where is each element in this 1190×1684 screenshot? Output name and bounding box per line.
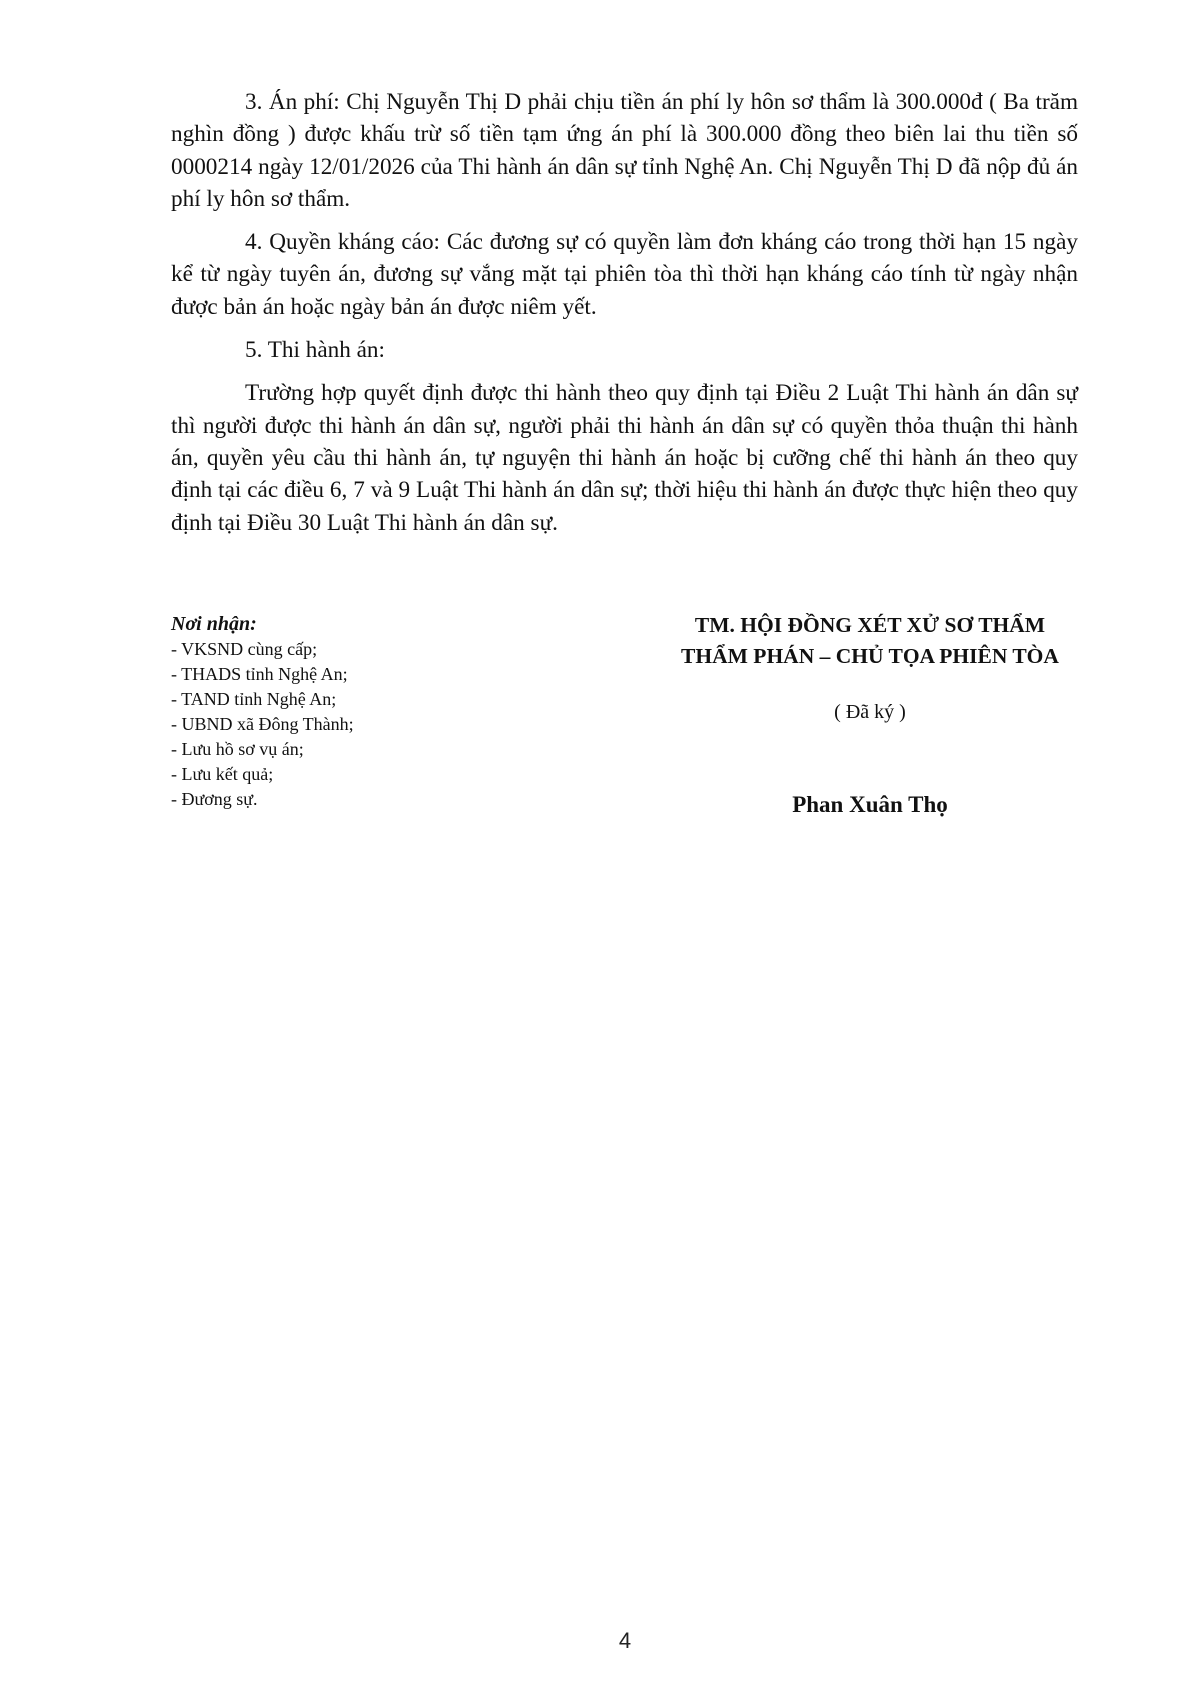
recipient-item: - THADS tỉnh Nghệ An; xyxy=(171,662,354,687)
recipients-block: Nơi nhận: - VKSND cùng cấp; - THADS tỉnh… xyxy=(171,612,354,812)
recipient-item: - Lưu kết quả; xyxy=(171,762,354,787)
recipient-item: - Lưu hồ sơ vụ án; xyxy=(171,737,354,762)
recipient-item: - UBND xã Đông Thành; xyxy=(171,712,354,737)
signature-signed-note: ( Đã ký ) xyxy=(620,697,1120,727)
recipient-item: - TAND tỉnh Nghệ An; xyxy=(171,687,354,712)
signature-judge-name: Phan Xuân Thọ xyxy=(620,789,1120,821)
recipient-item: - VKSND cùng cấp; xyxy=(171,637,354,662)
signature-judge-title: THẨM PHÁN – CHỦ TỌA PHIÊN TÒA xyxy=(620,641,1120,672)
paragraph-appeal-right: 4. Quyền kháng cáo: Các đương sự có quyề… xyxy=(171,226,1078,323)
signature-block: TM. HỘI ĐỒNG XÉT XỬ SƠ THẨM THẨM PHÁN – … xyxy=(620,610,1120,821)
recipient-item: - Đương sự. xyxy=(171,787,354,812)
paragraph-enforcement-heading: 5. Thi hành án: xyxy=(171,334,1078,366)
paragraph-court-fee: 3. Án phí: Chị Nguyễn Thị D phải chịu ti… xyxy=(171,86,1078,215)
document-body: 3. Án phí: Chị Nguyễn Thị D phải chịu ti… xyxy=(171,86,1078,550)
page-number: 4 xyxy=(0,1628,1190,1654)
paragraph-enforcement-body: Trường hợp quyết định được thi hành theo… xyxy=(171,377,1078,538)
recipients-title: Nơi nhận: xyxy=(171,612,354,637)
signature-council-title: TM. HỘI ĐỒNG XÉT XỬ SƠ THẨM xyxy=(620,610,1120,641)
